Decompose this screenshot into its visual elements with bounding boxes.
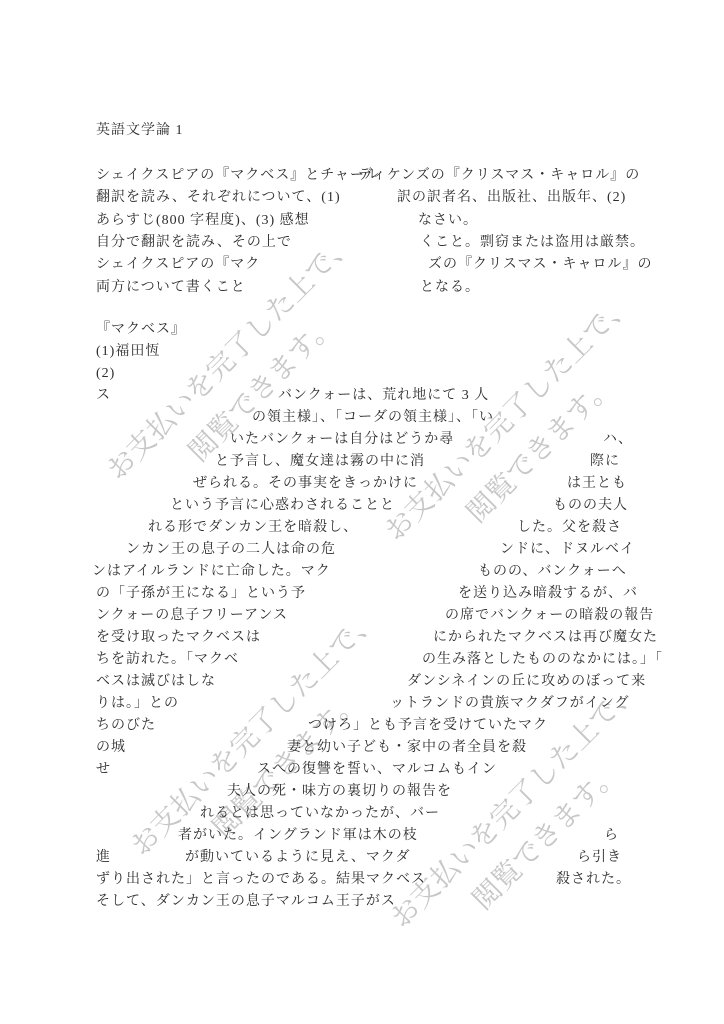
text-fragment: シェイクスピアの『マク — [96, 257, 260, 273]
text-fragment: せ — [96, 762, 111, 778]
text-fragment: れる形でダンカン王を暗殺し、 — [148, 520, 358, 536]
text-fragment: りは。」との — [96, 696, 179, 712]
text-fragment: の生み落としたもののなかには。」「 — [422, 652, 663, 668]
text-fragment: が動いているように見え、マクダ — [185, 850, 411, 866]
text-fragment: の城 — [96, 740, 126, 756]
text-fragment: 訳の訳者名、出版社、出版年、(2) — [397, 190, 626, 206]
text-fragment: ら引き — [577, 850, 622, 866]
text-fragment: ずり出された」と言ったのである。結果マクベス — [96, 872, 426, 888]
text-fragment: なさい。 — [418, 213, 478, 229]
text-fragment: (1)福田恆 — [96, 344, 160, 360]
text-fragment: の領主様」、「コーダの領主様」、「い — [252, 410, 494, 426]
page-title: 英語文学論 1 — [96, 123, 184, 139]
text-fragment: バンクォーは、荒れ地にて 3 人 — [278, 388, 489, 404]
text-fragment: となる。 — [420, 280, 480, 296]
text-fragment: あらすじ(800 字程度)、(3) 感想 — [96, 213, 310, 229]
text-fragment: を送り込み暗殺するが、バ — [458, 586, 638, 602]
text-fragment: ら — [604, 828, 619, 844]
text-fragment: の席でバンクォーの暗殺の報告 — [445, 608, 654, 624]
text-fragment: れるとは思っていなかったが、バー — [200, 806, 440, 822]
text-fragment: ベスは滅びはしな — [96, 674, 216, 690]
text-fragment: ズの『クリスマス・キャロル』の — [428, 257, 652, 273]
text-fragment: ス — [96, 388, 111, 404]
text-fragment: スへの復讐を誓い、マルコムもイン — [257, 762, 497, 778]
text-fragment: という予言に心惑わされることと — [170, 498, 395, 514]
text-fragment: ンはアイルランドに亡命した。マク — [92, 564, 331, 580]
text-fragment: を受け取ったマクベスは — [96, 630, 261, 646]
text-fragment: シェイクスピアの『マクベス』とチャール — [96, 168, 380, 184]
text-fragment: の「子孫が王になる」という予 — [96, 586, 306, 602]
text-fragment: した。父を殺さ — [517, 520, 622, 536]
text-fragment: は王とも — [567, 476, 627, 492]
document-page: お支払いを完了した上で、閲覧できます。お支払いを完了した上で、閲覧できます。お支… — [0, 0, 724, 1024]
text-fragment: 『マクベス』 — [96, 322, 186, 338]
text-fragment: いたバンクォーは自分はどうか尋 — [230, 432, 454, 448]
text-fragment: ちのびた — [96, 718, 156, 734]
text-fragment: にかられたマクベスは再び魔女た — [433, 630, 658, 646]
text-fragment: ンカン王の息子の二人は命の危 — [126, 542, 336, 558]
text-fragment: 際に — [590, 454, 620, 470]
text-layer: 英語文学論 1 シェイクスピアの『マクベス』とチャールディケンズの『クリスマス・… — [0, 0, 724, 1024]
text-fragment: ハ、 — [603, 432, 633, 448]
text-fragment: つけろ」とも予言を受けていたマク — [308, 718, 548, 734]
text-fragment: ダンシネインの丘に攻めのぼって来 — [407, 674, 646, 690]
text-fragment: 夫人の死・味方の裏切りの報告を — [227, 784, 452, 800]
text-fragment: ットランドの貴族マクダフがイング — [390, 696, 629, 712]
text-fragment: ディケンズの『クリスマス・キャロル』の — [358, 168, 640, 184]
text-fragment: 翻訳を読み、それぞれについて、(1) — [96, 190, 341, 206]
text-fragment: 者がいた。イングランド軍は木の枝 — [178, 828, 418, 844]
text-fragment: 進 — [96, 850, 111, 866]
text-fragment: 自分で翻訳を読み、その上で — [96, 235, 292, 251]
text-fragment: ものの、バンクォーへ — [478, 564, 627, 580]
text-fragment: と予言し、魔女達は霧の中に消 — [215, 454, 425, 470]
text-fragment: そして、ダンカン王の息子マルコム王子がス — [96, 894, 396, 910]
text-fragment: くこと。剽窃または盗用は厳禁。 — [420, 235, 645, 251]
text-fragment: ンドに、ドヌルベイ — [500, 542, 635, 558]
text-fragment: ぜられる。その事実をきっかけに — [193, 476, 418, 492]
text-fragment: ンクォーの息子フリーアンス — [96, 608, 288, 624]
text-fragment: ちを訪れた。「マクベ — [96, 652, 239, 668]
text-fragment: 妻と幼い子ども・家中の者全員を殺 — [287, 740, 527, 756]
text-fragment: 殺された。 — [556, 872, 631, 888]
text-fragment: ものの夫人 — [553, 498, 628, 514]
text-fragment: (2) — [96, 366, 115, 382]
text-fragment: 両方について書くこと — [96, 280, 246, 296]
